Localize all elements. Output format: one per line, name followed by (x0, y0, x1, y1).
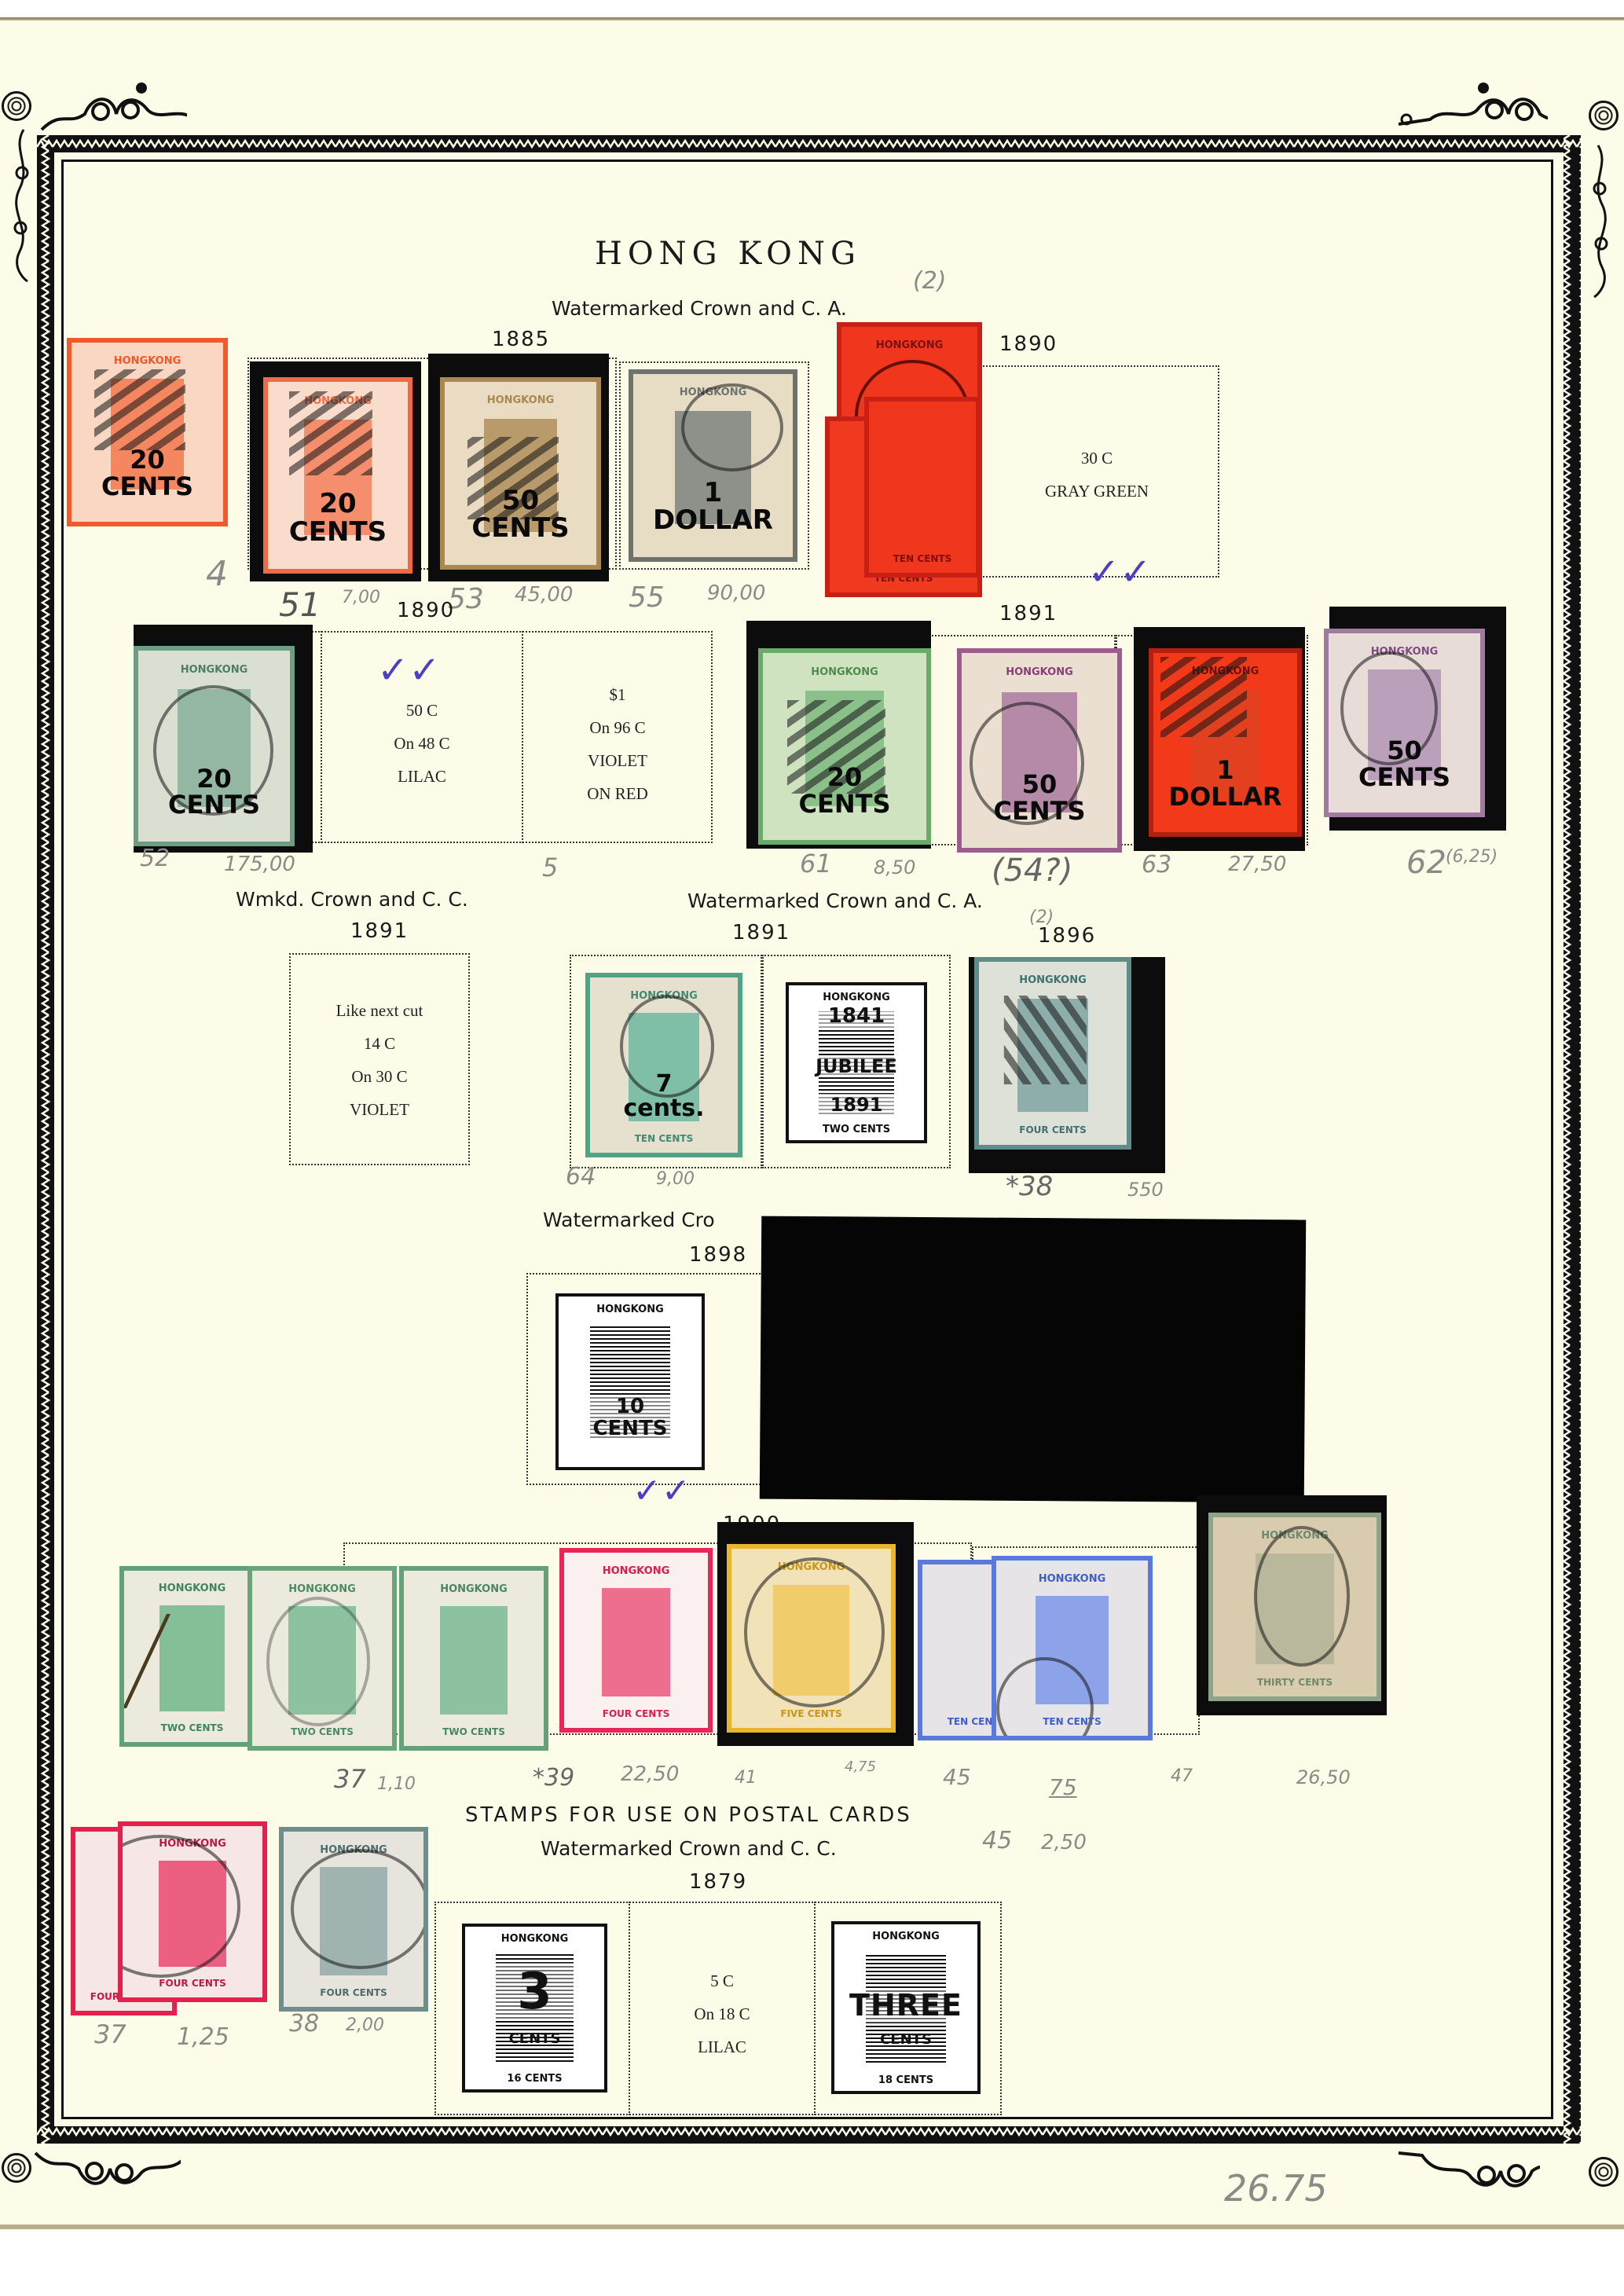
space-color: LILAC (630, 2030, 814, 2063)
catalog-value: 26,50 (1296, 1766, 1351, 1788)
catalog-number: 37 (334, 1764, 366, 1794)
catalog-number: 45 (943, 1764, 971, 1790)
rosette-icon (2, 91, 31, 121)
year-label-1891: 1891 (999, 602, 1058, 625)
stamp-1-dollar-on-96c[interactable]: HONGKONG 1 DOLLAR (629, 369, 797, 562)
space-paper: ON RED (522, 777, 713, 810)
space-value: 5 C (630, 1964, 814, 1997)
cut-10c-on-30c-1898: HONGKONG 10 CENTS (555, 1293, 705, 1470)
space-value: 50 C (322, 694, 522, 727)
stamp-4c-slate[interactable]: HONGKONG FOUR CENTS (279, 1827, 428, 2012)
check-mark: ✓✓ (377, 648, 440, 692)
stamp-50c-on-48c-lilac[interactable]: HONGKONG 50 CENTS (957, 648, 1122, 853)
catalog-value: 175,00 (224, 853, 295, 876)
empty-stamp-space-1-dollar: $1 On 96 C VIOLET ON RED (522, 631, 713, 843)
page-title: HONG KONG (595, 236, 861, 272)
space-color: GRAY GREEN (976, 475, 1218, 508)
stamp-4c-carmine[interactable]: HONGKONG FOUR CENTS (559, 1548, 713, 1733)
ornament-top-left (38, 79, 187, 134)
cut-three-on-18c: HONGKONG THREE CENTS 18 CENTS (831, 1921, 981, 2094)
stamp-20c-on-30c-green[interactable]: HONGKONG 20 CENTS (134, 646, 295, 846)
section-heading-wmk-ca: Watermarked Crown and C. A. (552, 297, 847, 320)
stamp-10c-red[interactable]: TEN CENTS (864, 397, 981, 578)
space-value: 14 C (291, 1027, 468, 1060)
catalog-value: 45,00 (515, 583, 573, 607)
catalog-number: 63 (1142, 851, 1171, 878)
catalog-number: (54?) (992, 853, 1072, 889)
empty-stamp-space-gray-green: 30 C GRAY GREEN (974, 365, 1219, 578)
year-label-1879: 1879 (689, 1870, 747, 1894)
catalog-value: 75 (1049, 1774, 1077, 1800)
space-surcharge: On 30 C (291, 1060, 468, 1093)
space-color: LILAC (322, 760, 522, 793)
catalog-number: 52 (140, 845, 170, 872)
section-heading-postal-cards: STAMPS FOR USE ON POSTAL CARDS (465, 1803, 912, 1827)
section-heading-wmk-ca: Watermarked Crown and C. A. (687, 889, 983, 912)
stamp-20c-on-30c-vermilion[interactable]: HONGKONG 20 CENTS (67, 338, 228, 526)
catalog-value: 4,75 (845, 1759, 876, 1775)
page-total-note: 26.75 (1224, 2167, 1328, 2210)
space-value: $1 (522, 678, 713, 711)
space-note: Like next cut (291, 994, 468, 1027)
catalog-number: 38 (289, 2010, 319, 2037)
ornament-top-right (1399, 79, 1548, 134)
catalog-number: 64 (566, 1163, 596, 1190)
stamp-20c-on-30c-green-1891[interactable]: HONGKONG 20 CENTS (758, 648, 931, 845)
catalog-value: 550 (1127, 1179, 1164, 1201)
space-color: VIOLET (522, 744, 713, 777)
catalog-number: 61 (800, 849, 832, 878)
check-mark: ✓✓ (1088, 550, 1151, 594)
stamp-50c-on-48c-brown[interactable]: HONGKONG 50 CENTS (440, 377, 601, 570)
catalog-number: 45 (982, 1827, 1012, 1854)
ornament-bottom-left (31, 2149, 181, 2204)
stamp-4c-slate[interactable]: HONGKONG FOUR CENTS (974, 957, 1131, 1150)
year-label-1896: 1896 (1038, 924, 1096, 948)
catalog-value: 27,50 (1228, 853, 1286, 876)
catalog-number: 51 (279, 585, 321, 624)
catalog-number: 47 (1171, 1766, 1193, 1786)
cut-3c-on-16c: HONGKONG 3 CENTS 16 CENTS (462, 1924, 607, 2092)
catalog-number: 37 (94, 2019, 126, 2049)
catalog-number: 55 (629, 581, 665, 614)
stamp-5c-yellow[interactable]: HONGKONG FIVE CENTS (727, 1544, 896, 1733)
stamp-2c-green[interactable]: HONGKONG TWO CENTS (399, 1566, 548, 1751)
check-mark: ✓✓ (632, 1471, 691, 1511)
catalog-number: *39 (533, 1764, 574, 1792)
catalog-value: 1,25 (177, 2023, 229, 2051)
catalog-value: 2,00 (346, 2015, 384, 2035)
stamp-1-dollar-on-96c-red[interactable]: HONGKONG 1 DOLLAR (1149, 648, 1302, 837)
year-label-1885: 1885 (492, 328, 550, 351)
stamp-2c-green[interactable]: HONGKONG TWO CENTS (119, 1566, 265, 1747)
section-heading-wmk-cc: Wmkd. Crown and C. C. (236, 888, 468, 911)
catalog-value: 8,50 (874, 856, 915, 878)
space-color: VIOLET (291, 1093, 468, 1126)
catalog-value: 7,00 (342, 588, 380, 607)
stamp-7c-on-10c-green[interactable]: HONGKONG 7 cents. TEN CENTS (585, 973, 742, 1157)
space-surcharge: On 18 C (630, 1997, 814, 2030)
year-label-1890: 1890 (397, 599, 455, 622)
year-label-1891: 1891 (732, 921, 790, 944)
pencil-note: 4 (206, 554, 228, 594)
section-heading-wmk-ca: Watermarked Cro (543, 1209, 715, 1231)
space-surcharge: On 48 C (322, 727, 522, 760)
black-mount-block (760, 1216, 1306, 1503)
catalog-value: (6,25) (1446, 847, 1498, 867)
ornament-left-scroll (8, 126, 35, 283)
ornament-right-scroll (1587, 141, 1614, 299)
empty-stamp-space-14c: Like next cut 14 C On 30 C VIOLET (289, 953, 470, 1165)
stamp-10c-blue[interactable]: HONGKONG TEN CENTS (992, 1556, 1153, 1740)
catalog-number: *38 (1006, 1171, 1053, 1202)
year-label-1890: 1890 (999, 332, 1058, 356)
stamp-2c-green[interactable]: HONGKONG TWO CENTS (247, 1566, 397, 1751)
catalog-value: 22,50 (621, 1762, 679, 1786)
catalog-number: 41 (735, 1768, 757, 1788)
rosette-icon (1589, 2157, 1619, 2187)
empty-stamp-space-5c: 5 C On 18 C LILAC (629, 1902, 816, 2115)
cut-jubilee-1891: HONGKONG 1841 JUBILEE 1891 TWO CENTS (786, 982, 927, 1143)
catalog-value: 2,50 (1041, 1831, 1087, 1854)
rosette-icon (2, 2153, 31, 2183)
ornament-bottom-right (1391, 2151, 1540, 2206)
rosette-icon (1589, 101, 1619, 130)
pencil-note: (2) (913, 267, 947, 295)
year-label-1891: 1891 (350, 919, 409, 943)
year-label-1898: 1898 (689, 1243, 747, 1267)
pencil-note: 5 (542, 853, 558, 882)
stamp-20c-on-30c-orange[interactable]: HONGKONG 20 CENTS (263, 377, 412, 574)
stamp-50c-on-48c-lilac-b[interactable]: HONGKONG 50 CENTS (1324, 629, 1485, 817)
catalog-value: 1,10 (377, 1774, 416, 1794)
catalog-number: 62 (1406, 845, 1446, 881)
space-surcharge: On 96 C (522, 711, 713, 744)
stamp-30c-gray-green[interactable]: HONGKONG THIRTY CENTS (1208, 1513, 1381, 1701)
catalog-value: 90,00 (707, 581, 765, 605)
stamp-4c-carmine[interactable]: HONGKONG FOUR CENTS (118, 1821, 267, 2002)
space-value: 30 C (976, 442, 1218, 475)
catalog-value: 9,00 (656, 1169, 695, 1189)
section-heading-wmk-cc: Watermarked Crown and C. C. (541, 1837, 837, 1860)
